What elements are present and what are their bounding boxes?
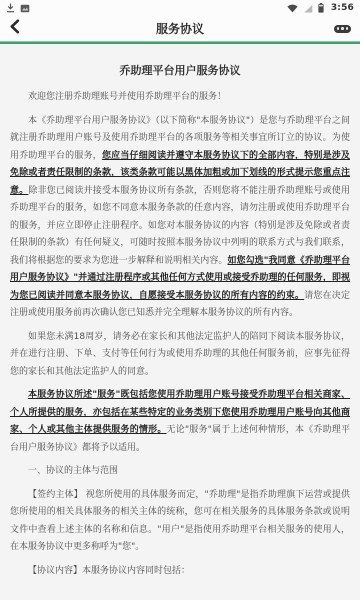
paragraph: 【签约主体】 视您所使用的具体服务而定，"乔助理"是指乔助理旗下运营或提供您所使… [10,487,350,557]
text-run: 一、协议的主体与范围 [28,466,118,476]
more-capsule-icon [334,25,351,33]
page-title: 服务协议 [39,20,321,37]
image-icon [20,4,30,13]
nav-bar: 服务协议 [0,16,360,41]
no-signal-icon [303,4,313,13]
text-run: 欢迎您注册乔助理账号并使用乔助理平台的服务！ [28,92,226,102]
download-icon [6,3,15,13]
paragraph: 欢迎您注册乔助理账号并使用乔助理平台的服务！ [10,89,350,107]
back-button[interactable] [9,19,39,38]
paragraph: 本服务协议所述"服务"既包括您使用乔助理用户账号接受乔助理平台相关商家、个人所提… [10,387,350,457]
paragraph: 【协议内容】本服务协议内容同时包括： [10,563,350,581]
agreement-paragraphs: 欢迎您注册乔助理账号并使用乔助理平台的服务！本《乔助理平台用户服务协议》（以下简… [10,89,350,580]
paragraph: 本《乔助理平台用户服务协议》（以下简称"本服务协议"）是您与乔助理平台之间就注册… [10,113,350,323]
section-heading: 一、协议的主体与范围 [10,463,350,481]
text-run: 除非您已阅读并接受本服务协议所有条款，否则您将不能注册乔助理账号或使用乔助理平台… [10,186,350,266]
more-button[interactable] [321,25,351,33]
wifi-icon [287,4,298,13]
document-title: 乔助理平台用户服务协议 [10,62,350,78]
text-run: 如果您未满18周岁，请务必在家长和其他法定监护人的陪同下阅读本服务协议，并在进行… [10,332,350,377]
back-chevron-icon [9,19,20,38]
status-time: 3:56 [331,3,354,13]
app-screen: 3:56 服务协议 乔助理平台用户服务协议 欢迎您注册乔助理账号并使用乔助理平台… [0,0,360,600]
text-run: 【协议内容】本服务协议内容同时包括： [28,566,190,576]
agreement-content[interactable]: 乔助理平台用户服务协议 欢迎您注册乔助理账号并使用乔助理平台的服务！本《乔助理平… [0,44,360,600]
paragraph: 如果您未满18周岁，请务必在家长和其他法定监护人的陪同下阅读本服务协议，并在进行… [10,329,350,382]
text-run: 【签约主体】 视您所使用的具体服务而定，"乔助理"是指乔助理旗下运营或提供您所使… [10,490,350,553]
status-bar: 3:56 [0,0,360,16]
battery-icon [318,3,324,13]
